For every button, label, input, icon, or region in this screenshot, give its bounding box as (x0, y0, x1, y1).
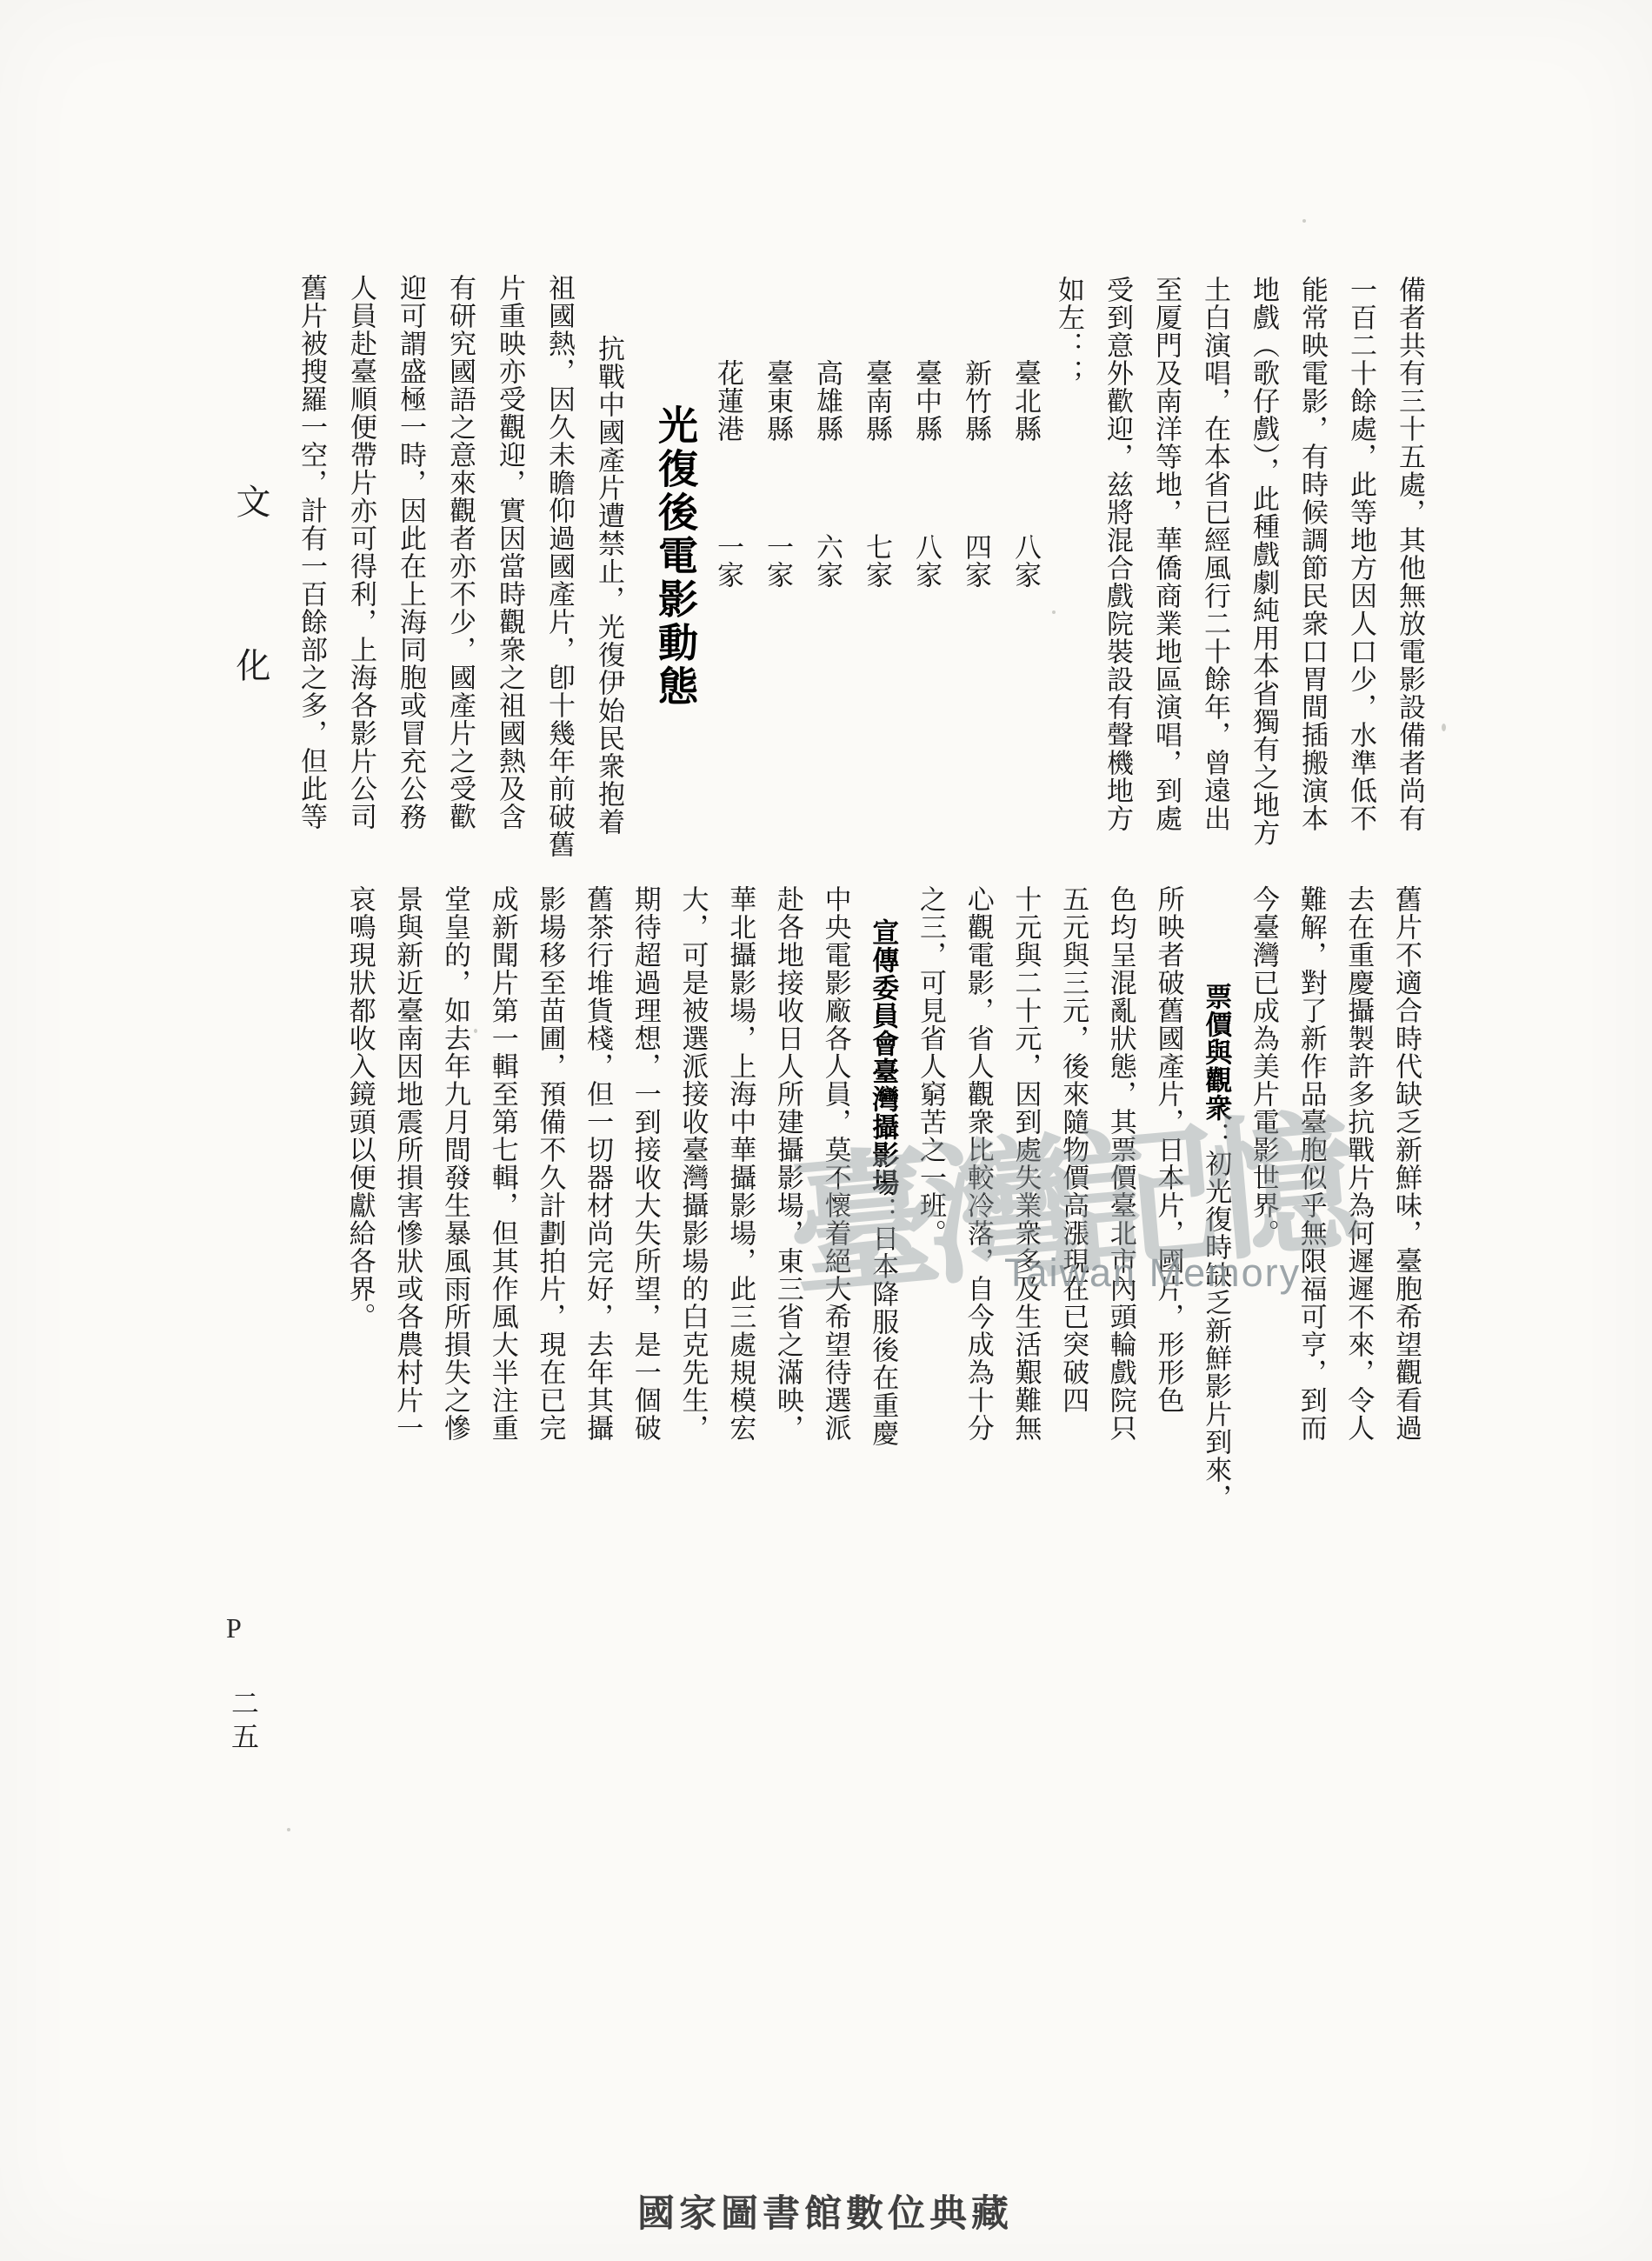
text-column: 受到意外歡迎，兹將混合戲院裝設有聲機地方 (1104, 276, 1131, 832)
text-column: 舊片被搜羅一空，計有一百餘部之多，但此等 (298, 274, 325, 830)
digital-archive-caption: 國家圖書館數位典藏 (637, 2184, 1013, 2238)
text-column: 舊茶行堆貨棧，但一切器材尚完好，去年其攝 (584, 885, 611, 1442)
page-number: 二五 (230, 1689, 257, 1755)
text-column: 成新聞片第一輯至第七輯，但其作風大半注重 (490, 885, 516, 1442)
text-column: 去在重慶攝製許多抗戰片為何遲遲不來，令人 (1345, 885, 1372, 1442)
text-column: 迎可謂盛極一時，因此在上海同胞或冒充公務 (397, 274, 424, 830)
county-name: 高雄縣 (814, 359, 841, 443)
text-column: 能常映電影，有時候調節民衆口胃間插搬演本 (1299, 276, 1326, 832)
theater-count: 四家 (963, 533, 989, 589)
scanned-page: 備者共有三十五處，其他無放電影設備者尚有一百二十餘處，此等地方因人口少，水準低不… (0, 0, 1652, 2261)
text-column: 抗戰中國產片遭禁止，光復伊始民衆抱着 (596, 335, 623, 836)
text-column: 票價與觀衆：初光復時缺乏新鮮影片到來， (1202, 983, 1229, 1511)
text-column: 片重映亦受觀迎，實因當時觀衆之祖國熱及含 (496, 274, 523, 830)
text-column: 今臺灣已成為美片電影世界。 (1250, 885, 1277, 1247)
text-column: 舊片不適合時代缺乏新鮮味，臺胞希望觀看過 (1393, 885, 1420, 1442)
county-name: 臺北縣 (1012, 359, 1039, 443)
article-title: 光復後電影動態 (655, 404, 695, 709)
county-name: 花蓮港 (715, 359, 742, 443)
text-column: 地戲（歌仔戲），此種戲劇純用本省獨有之地方 (1250, 276, 1277, 847)
text-column: 有研究國語之意來觀者亦不少，國產片之受歡 (447, 274, 474, 830)
theater-count: 一家 (715, 533, 742, 589)
taiwan-memory-watermark-latin: Taiwan Memory (1004, 1251, 1301, 1296)
county-name: 臺南縣 (863, 359, 890, 443)
text-column: 難解，對了新作品臺胞似乎無限福可亨，到而 (1298, 885, 1325, 1442)
theater-count: 六家 (814, 533, 841, 589)
theater-count: 一家 (764, 533, 791, 589)
text-column: 赴各地接收日人所建攝影場，東三省之滿映， (775, 885, 802, 1442)
text-column: 心觀電影，省人觀衆比較冷落，自今成為十分 (965, 885, 992, 1442)
theater-count: 八家 (913, 533, 940, 589)
county-name: 臺東縣 (764, 359, 791, 443)
text-column: 備者共有三十五處，其他無放電影設備者尚有 (1396, 276, 1423, 832)
text-column: 色均呈混亂狀態，其票價臺北市內頭輪戲院只 (1108, 885, 1135, 1442)
text-column: 所映者破舊國產片，日本片，國片，形形色 (1156, 885, 1182, 1414)
text-column: 中央電影廠各人員，莫不懷着絕大希望待選派 (823, 885, 849, 1442)
running-head: 文化 (233, 484, 268, 810)
text-column: 祖國熱，因久未瞻仰過國產片，卽十幾年前破舊 (546, 274, 573, 858)
text-column: 堂皇的，如去年九月間發生暴風雨所損失之慘 (442, 885, 469, 1442)
county-name: 新竹縣 (963, 359, 989, 443)
page-number-prefix: P (226, 1612, 242, 1644)
text-column: 至厦門及南洋等地，華僑商業地區演唱，到處 (1153, 276, 1180, 832)
text-column: 哀鳴現狀都收入鏡頭以便獻給各界。 (347, 885, 374, 1331)
theater-count: 七家 (863, 533, 890, 589)
text-column: 土白演唱，在本省已經風行二十餘年，曾遠出 (1202, 276, 1229, 832)
text-column: 五元與三元，後來隨物價高漲現在已突破四 (1060, 885, 1087, 1414)
text-column: 十元與二十元，因到處失業衆多及生活艱難無 (1012, 885, 1039, 1442)
text-column: 大，可是被選派接收臺灣攝影場的白克先生， (680, 885, 707, 1442)
text-column: 影場移至苗圃，預備不久計劃拍片，現在已完 (536, 885, 563, 1442)
text-column: 一百二十餘處，此等地方因人口少，水準低不 (1348, 276, 1375, 832)
text-column: 人員赴臺順便帶片亦可得利，上海各影片公司 (348, 274, 375, 830)
county-name: 臺中縣 (913, 359, 940, 443)
text-column: 之三，可見省人窮苦之一班。 (917, 885, 944, 1247)
theater-count: 八家 (1012, 533, 1039, 589)
text-column: 宣傳委員會臺灣攝影場：日本降服後在重慶 (869, 918, 896, 1447)
text-column: 景與新近臺南因地震所損害慘狀或各農村片一 (394, 885, 421, 1442)
text-column: 華北攝影場，上海中華攝影場，此三處規模宏 (727, 885, 754, 1442)
text-column: 期待超過理想，一到接收大失所望，是一個破 (632, 885, 659, 1442)
text-column: 如左：； (1056, 276, 1082, 387)
